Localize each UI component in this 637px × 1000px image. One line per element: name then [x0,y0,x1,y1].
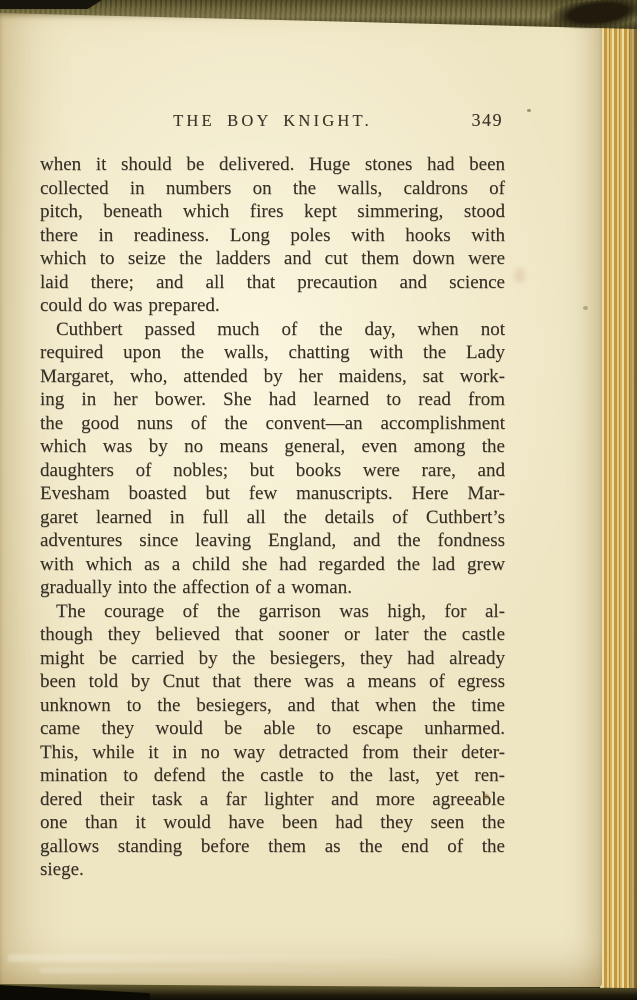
text-line: Margaret, who, attended by her maidens, … [40,365,505,389]
text-line: dered their task a far lighter and more … [40,788,505,812]
text-line: gradually into the affection of a woman. [40,576,505,600]
page-text-block: when it should be delivered. Huge stones… [40,153,505,882]
text-line: pitch, beneath which fires kept simmerin… [40,200,505,224]
text-line: The courage of the garrison was high, fo… [40,600,505,624]
text-line: unknown to the besiegers, and that when … [40,694,505,718]
paragraph-2: Cuthbert passed much of the day, when no… [40,318,505,600]
text-line: the good nuns of the convent—an accompli… [40,412,505,436]
text-line: Evesham boasted but few manuscripts. Her… [40,482,505,506]
text-line: adventures since leaving England, and th… [40,529,505,553]
text-line: could do was prepared. [40,294,505,318]
text-line: garet learned in full all the details of… [40,506,505,530]
cover-top-shadow-strip [0,0,102,9]
text-line: one than it would have been had they see… [40,811,505,835]
text-line: though they believed that sooner or late… [40,623,505,647]
text-line: gallows standing before them as the end … [40,835,505,859]
text-line: there in readiness. Long poles with hook… [40,224,505,248]
text-line: laid there; and all that precaution and … [40,271,505,295]
text-line: daughters of nobles; but books were rare… [40,459,505,483]
text-line: collected in numbers on the walls, caldr… [40,177,505,201]
text-line: might be carried by the besiegers, they … [40,647,505,671]
text-line: which was by no means general, even amon… [40,435,505,459]
text-line: Cuthbert passed much of the day, when no… [40,318,505,342]
text-line: which to seize the ladders and cut them … [40,247,505,271]
text-line: been told by Cnut that there was a means… [40,670,505,694]
text-line: siege. [40,858,505,882]
paragraph-3: The courage of the garrison was high, fo… [40,600,505,882]
text-line: came they would be able to escape unharm… [40,717,505,741]
paragraph-1: when it should be delivered. Huge stones… [40,153,505,318]
text-line: when it should be delivered. Huge stones… [40,153,505,177]
running-header: THE BOY KNIGHT. 349 [40,111,505,137]
text-line: This, while it in no way detracted from … [40,741,505,765]
text-line: required upon the walls, chatting with t… [40,341,505,365]
page-number: 349 [472,110,504,131]
scanned-book-photo: THE BOY KNIGHT. 349 when it should be de… [0,0,637,1000]
text-line: mination to defend the castle to the las… [40,764,505,788]
text-line: ing in her bower. She had learned to rea… [40,388,505,412]
book-page: THE BOY KNIGHT. 349 when it should be de… [0,13,602,987]
page-fore-edge-stack [600,20,637,992]
text-line: with which as a child she had regarded t… [40,553,505,577]
running-header-title: THE BOY KNIGHT. [40,111,505,131]
